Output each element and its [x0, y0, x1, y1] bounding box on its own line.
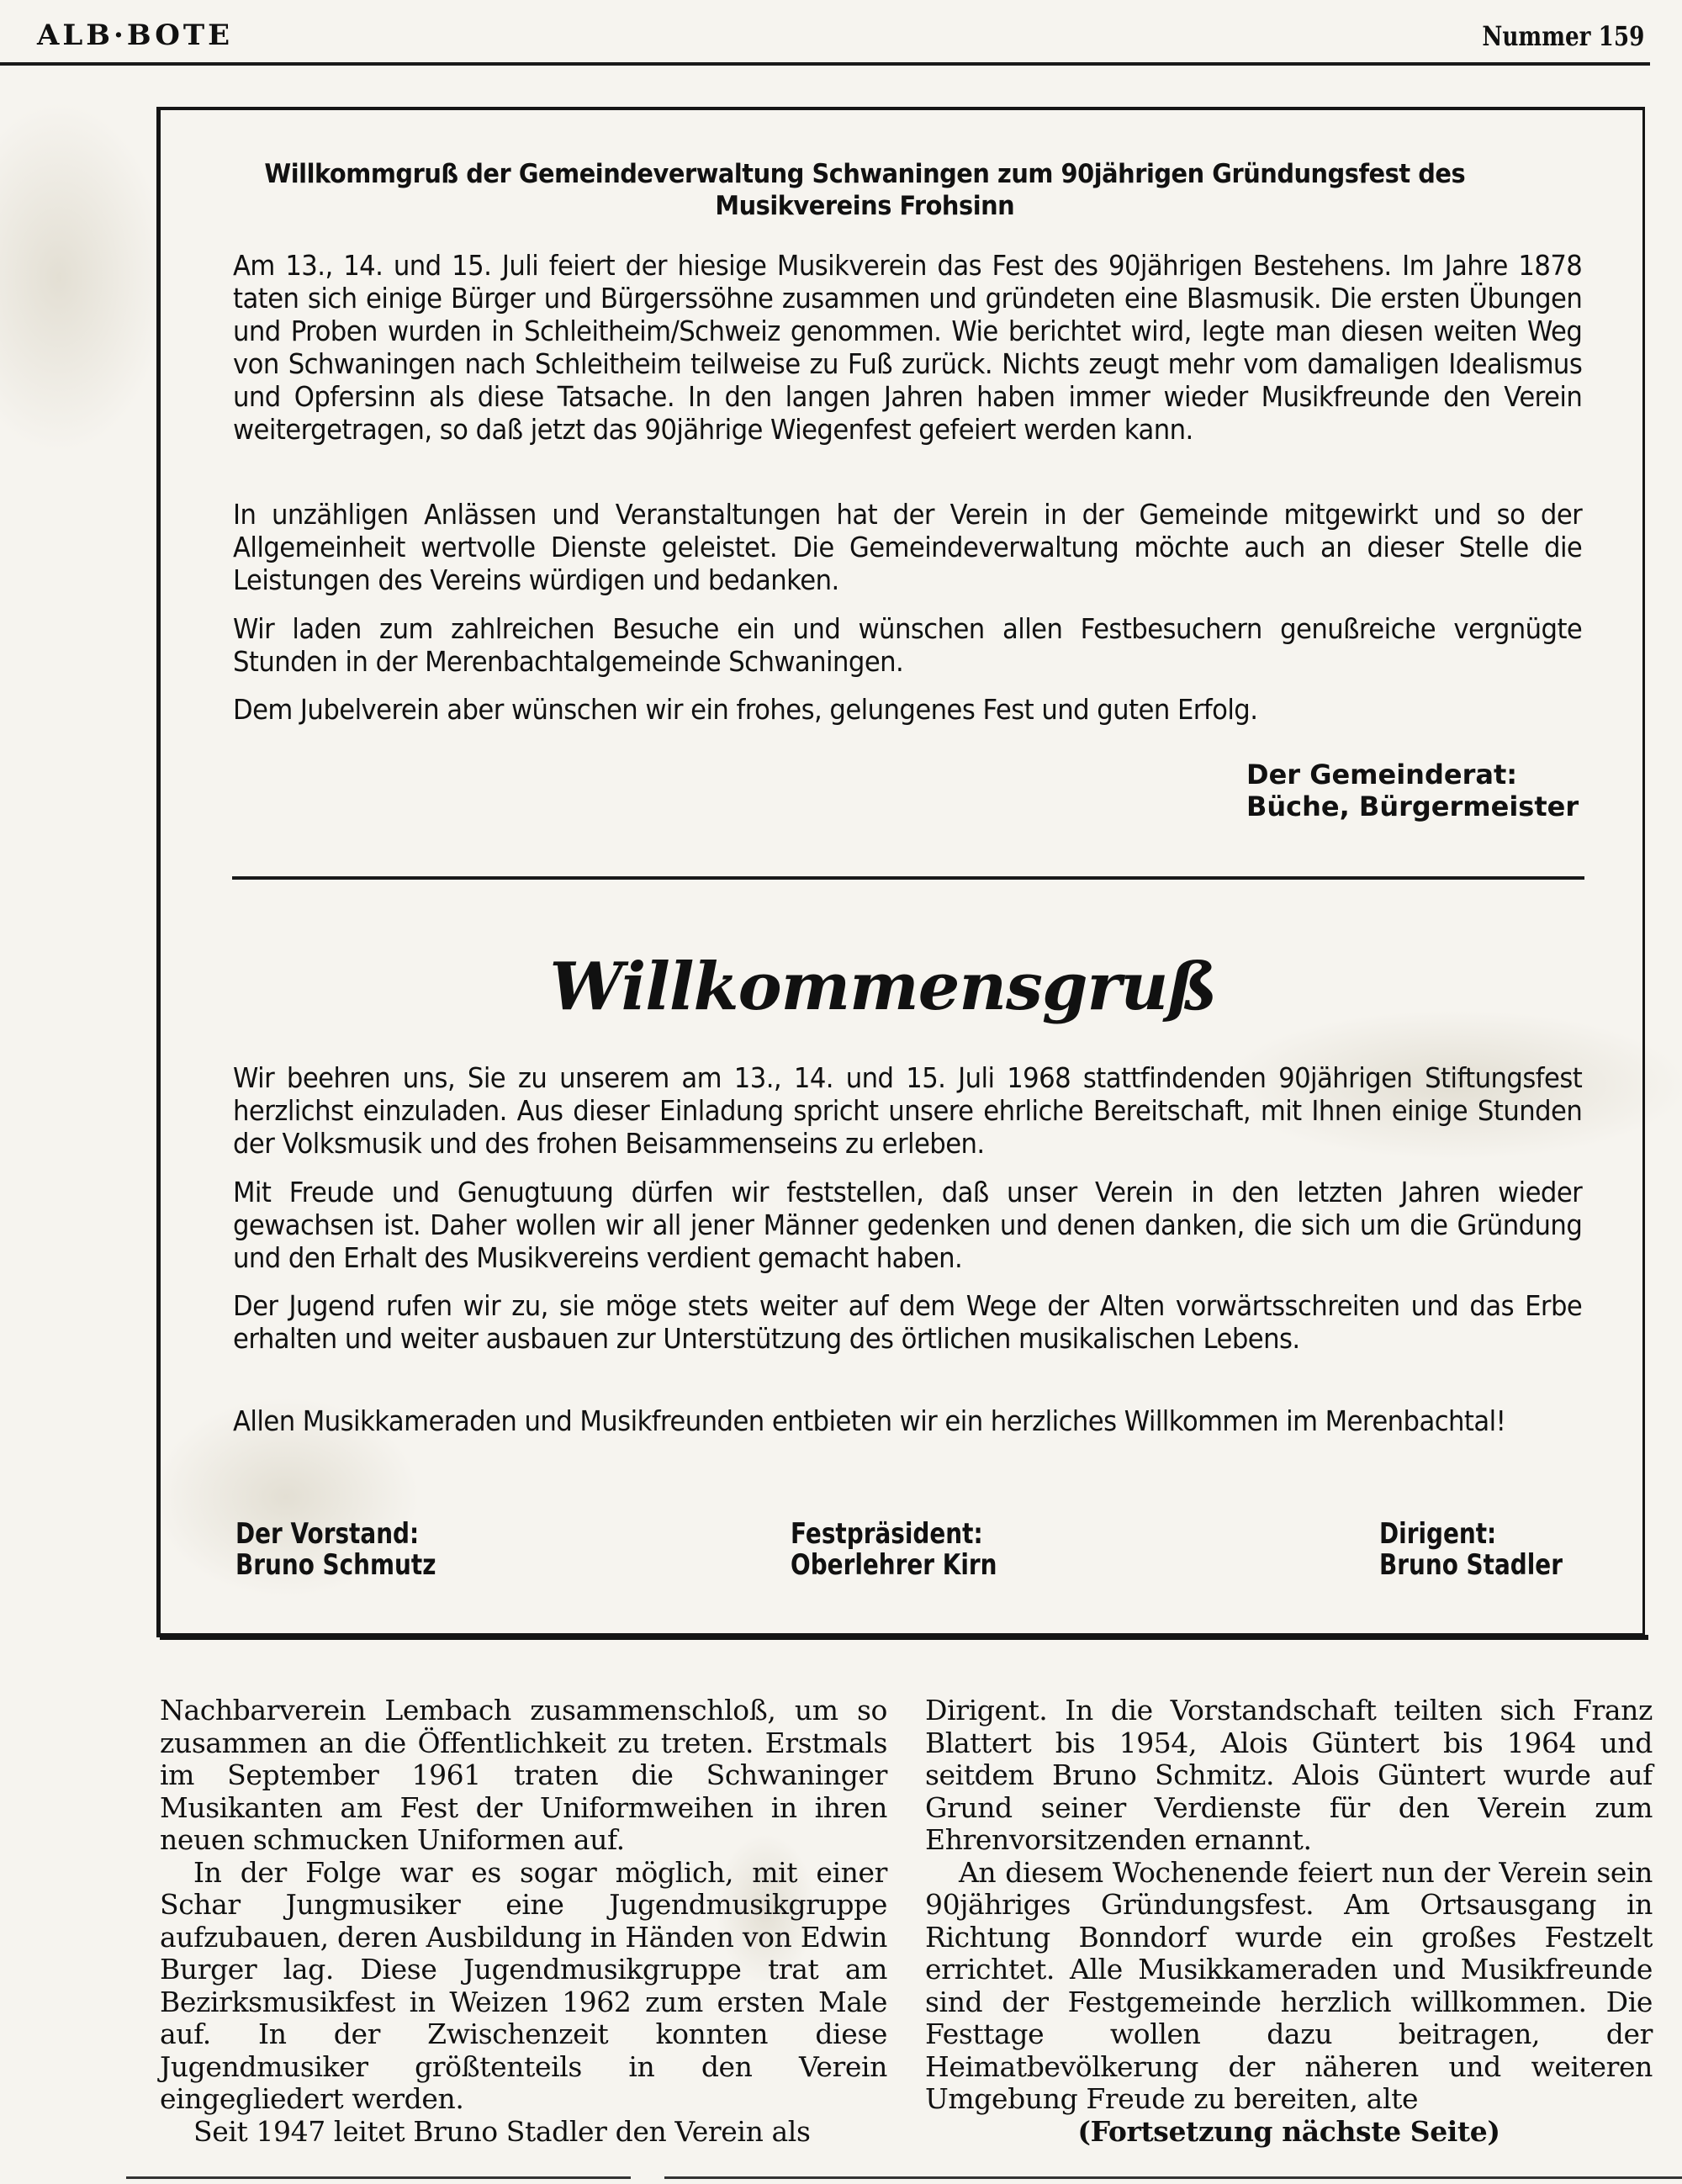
newspaper-masthead: ALB·BOTE	[37, 19, 233, 52]
signature-dirigent: Dirigent: Bruno Stadler	[1379, 1519, 1563, 1581]
signature-name: Bruno Stadler	[1379, 1550, 1563, 1581]
footer-rule	[664, 2176, 1682, 2179]
article-paragraph: In der Folge war es sogar möglich, mit e…	[160, 1857, 887, 2116]
greeting-paragraph: Der Jugend rufen wir zu, sie möge stets …	[233, 1289, 1582, 1355]
box-bottom-rule	[160, 1635, 1648, 1640]
greeting-paragraph: Wir beehren uns, Sie zu unserem am 13., …	[233, 1061, 1582, 1160]
municipal-signature-name: Büche, Bürgermeister	[1246, 791, 1579, 822]
article-paragraph: Dirigent. In die Vorstandschaft teilten …	[925, 1695, 1653, 1857]
signature-role: Der Vorstand:	[235, 1519, 436, 1550]
signature-name: Bruno Schmutz	[235, 1550, 436, 1581]
municipal-signature-role: Der Gemeinderat:	[1246, 759, 1517, 791]
paper-stain	[0, 101, 168, 454]
greeting-title: Willkommensgruß	[505, 949, 1261, 1025]
article-paragraph: Nachbarverein Lembach zusammenschloß, um…	[160, 1695, 887, 1857]
article-paragraph: An diesem Wochenende feiert nun der Vere…	[925, 1857, 1653, 2116]
header-rule	[0, 62, 1650, 66]
article-right-column: Dirigent. In die Vorstandschaft teilten …	[925, 1695, 1653, 2148]
signature-vorstand: Der Vorstand: Bruno Schmutz	[235, 1519, 436, 1581]
municipal-paragraph: Dem Jubelverein aber wünschen wir ein fr…	[233, 693, 1582, 726]
municipal-paragraph: Am 13., 14. und 15. Juli feiert der hies…	[233, 249, 1582, 446]
signature-role: Dirigent:	[1379, 1519, 1563, 1550]
signature-name: Oberlehrer Kirn	[791, 1550, 997, 1581]
municipal-notice-title: Willkommgruß der Gemeindeverwaltung Schw…	[231, 158, 1499, 222]
article-paragraph: Seit 1947 leitet Bruno Stadler den Verei…	[160, 2116, 887, 2149]
municipal-paragraph: In unzähligen Anlässen und Veranstaltung…	[233, 498, 1582, 596]
article-left-column: Nachbarverein Lembach zusammenschloß, um…	[160, 1695, 887, 2148]
signature-festpraesident: Festpräsident: Oberlehrer Kirn	[791, 1519, 997, 1581]
section-divider	[232, 876, 1584, 880]
footer-rule	[126, 2176, 631, 2179]
greeting-paragraph: Mit Freude und Genugtuung dürfen wir fes…	[233, 1176, 1582, 1274]
greeting-paragraph: Allen Musikkameraden und Musikfreunden e…	[233, 1404, 1582, 1437]
signature-role: Festpräsident:	[791, 1519, 997, 1550]
municipal-paragraph: Wir laden zum zahlreichen Besuche ein un…	[233, 612, 1582, 678]
continuation-note: (Fortsetzung nächste Seite)	[925, 2116, 1653, 2149]
issue-number: Nummer 159	[1482, 20, 1644, 52]
